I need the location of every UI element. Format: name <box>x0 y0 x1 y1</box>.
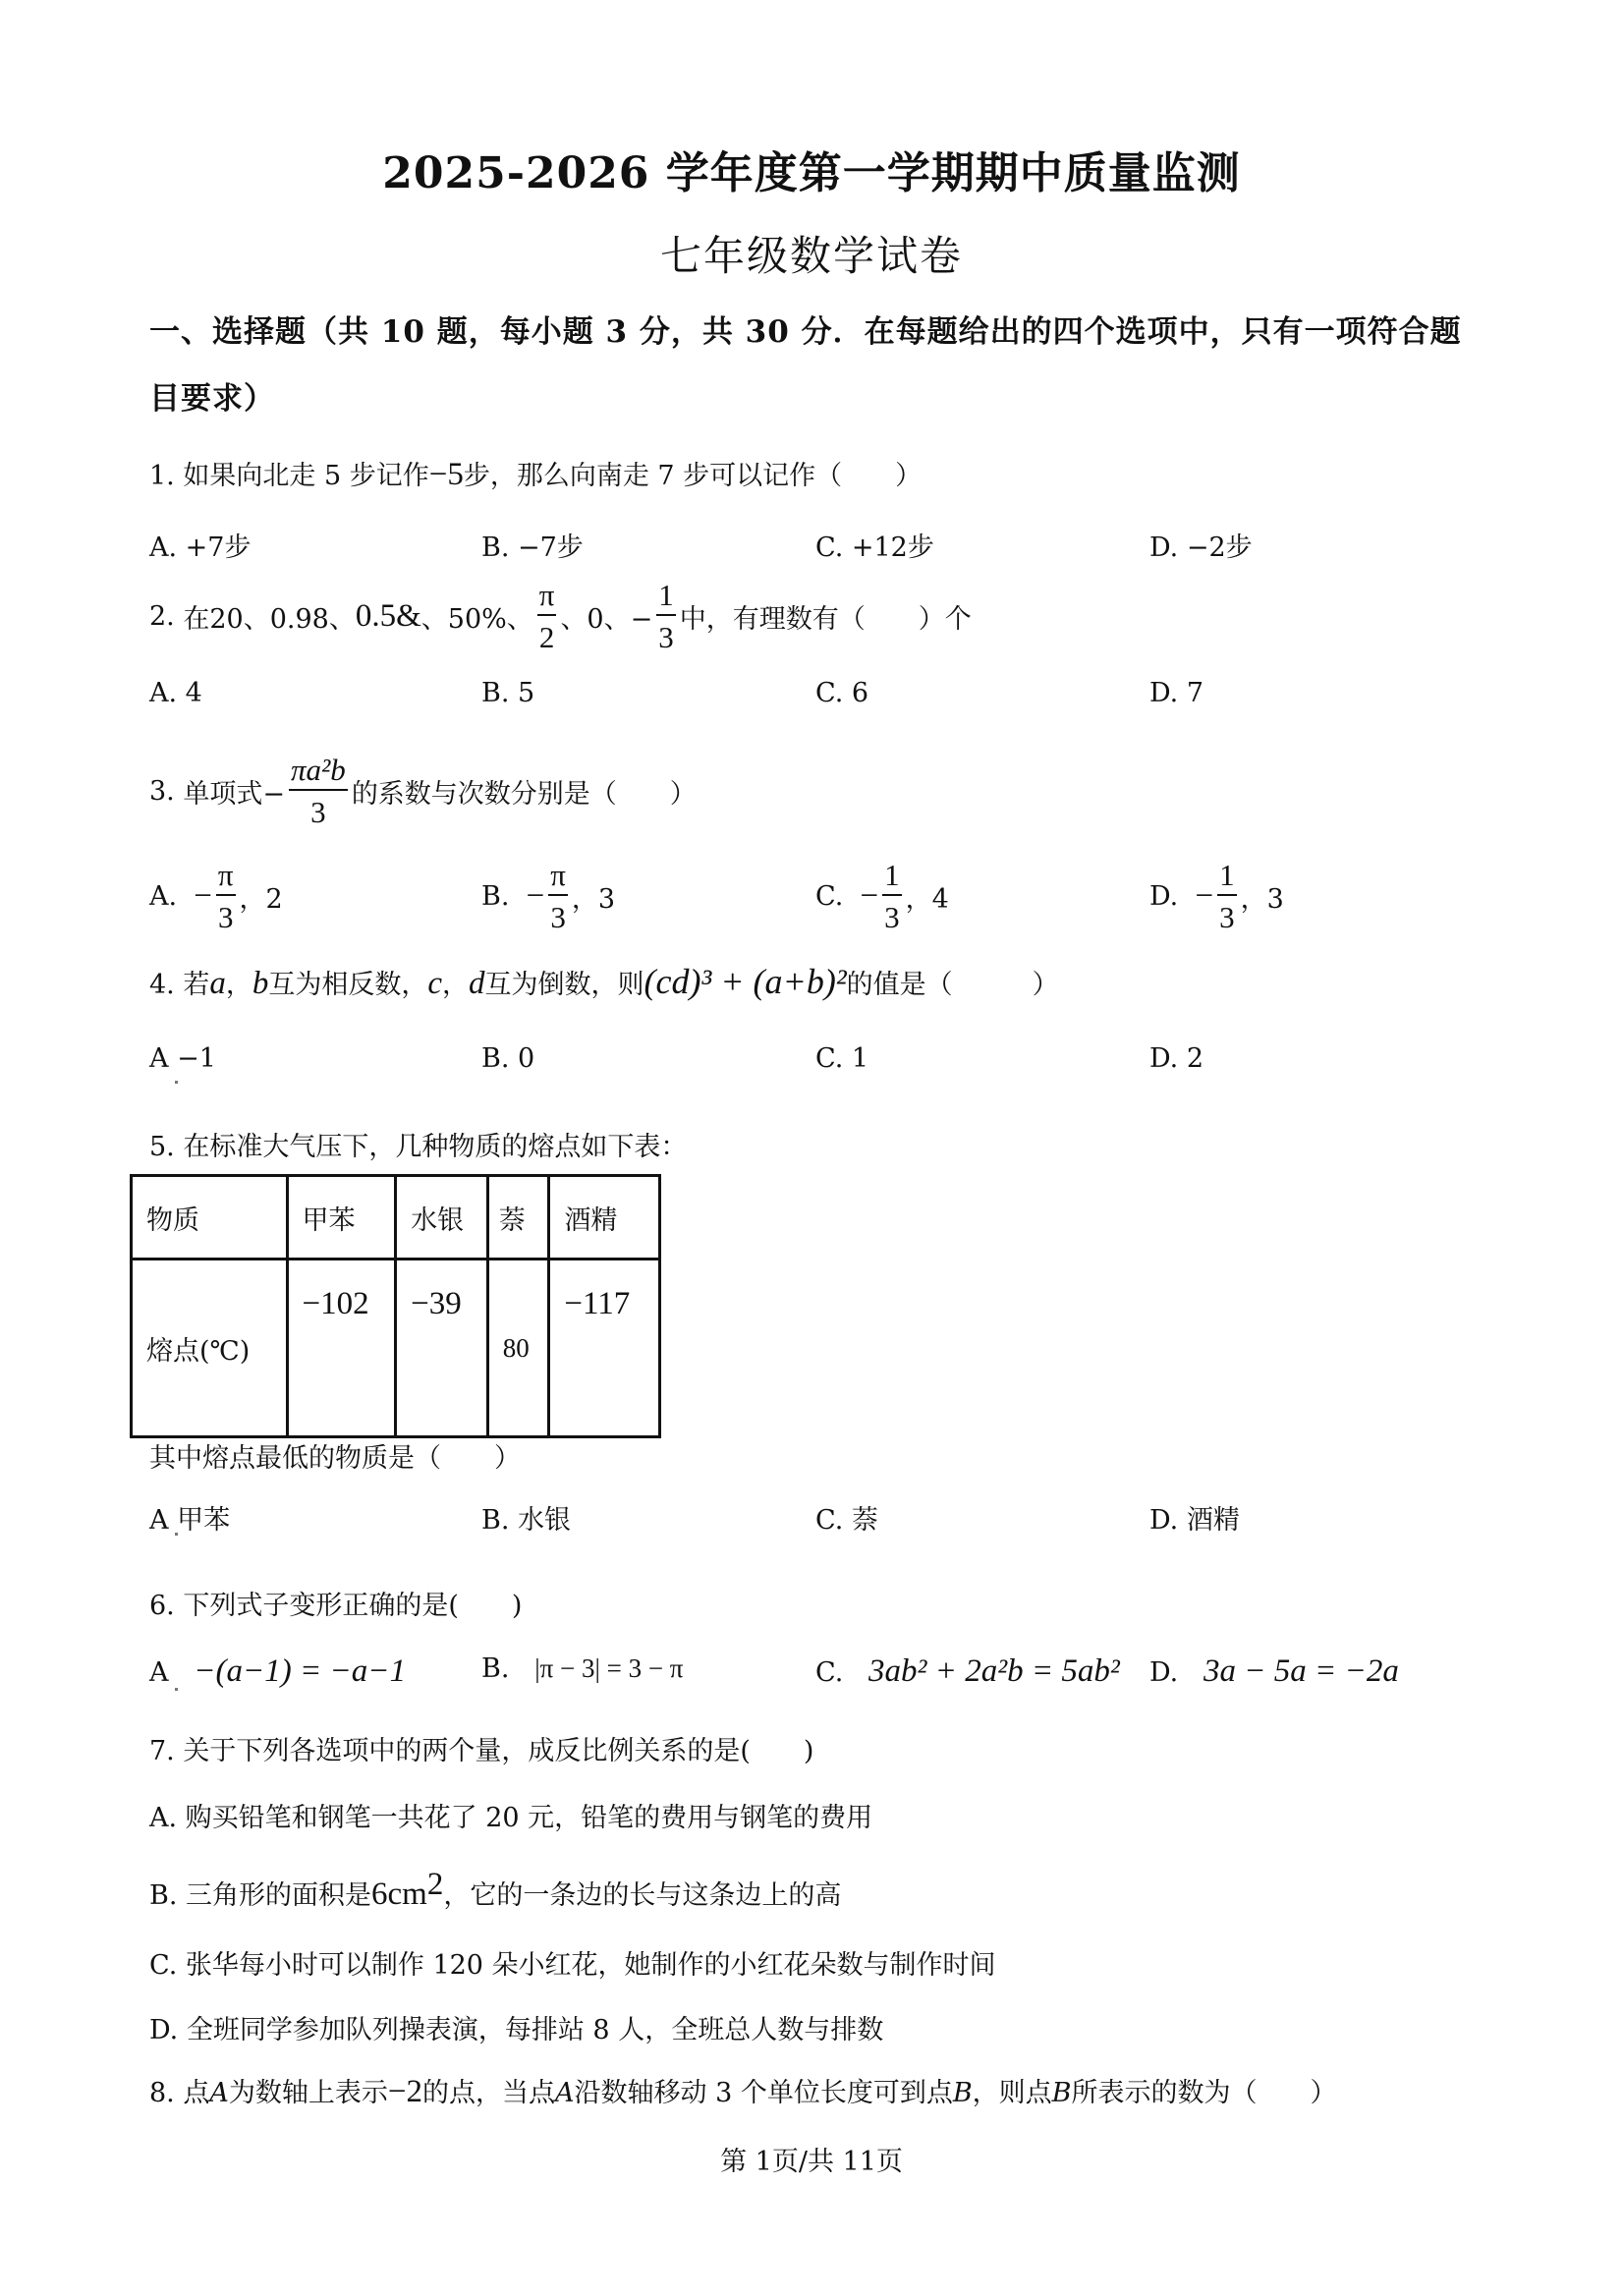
numerator: 1 <box>1217 860 1237 896</box>
denominator: 3 <box>310 791 326 827</box>
option-rest: ，3 <box>1241 877 1284 916</box>
question-text: 步，那么向南走 7 步可以记作（ ） <box>464 461 922 491</box>
question-text: 、50%、 <box>421 597 533 636</box>
question-text: 点 <box>183 2078 209 2108</box>
variable-b: b <box>252 966 269 1001</box>
stray-dot <box>175 1533 178 1536</box>
question-text: 、0、− <box>560 597 652 636</box>
exam-title: 2025-2026 学年度第一学期期中质量监测 <box>0 138 1623 200</box>
question-text: 互为相反数， <box>268 970 427 1000</box>
numerator: π <box>548 860 568 896</box>
question-4: 4. 若a，b互为相反数，c，d互为倒数，则(cd)³ + (a+b)²的值是（… <box>149 961 1059 1002</box>
q3-option-d: D. − 13 ，3 <box>1149 860 1284 932</box>
exam-page: 2025-2026 学年度第一学期期中质量监测 七年级数学试卷 一、选择题（共 … <box>0 0 1623 2296</box>
option-label: B. <box>481 1653 509 1684</box>
denominator: 3 <box>550 896 566 932</box>
table-cell: 甲苯 <box>287 1176 396 1260</box>
q6-option-d: D. 3a − 5a = −2a <box>1149 1653 1399 1690</box>
q2-option-a: A. 4 <box>149 678 202 708</box>
fraction-pi-over-2: π 2 <box>537 580 557 652</box>
option-label: D. <box>1149 881 1178 912</box>
stray-dot <box>175 1688 178 1691</box>
sign: − <box>527 878 545 915</box>
question-text: 关于下列各选项中的两个量，成反比例关系的是( ) <box>183 1736 813 1766</box>
q7-option-d: D. 全班同学参加队列操表演，每排站 8 人，全班总人数与排数 <box>149 2008 883 2046</box>
q5-followup: 其中熔点最低的物质是（ ） <box>149 1436 521 1475</box>
question-text: 沿数轴移动 3 个单位长度可到点 <box>574 2078 952 2108</box>
question-6: 6. 下列式子变形正确的是( ) <box>149 1584 522 1622</box>
denominator: 2 <box>539 616 555 652</box>
q5-option-b: B. 水银 <box>481 1498 571 1537</box>
question-text: 互为倒数，则 <box>485 970 644 1000</box>
math-value: −2 <box>388 2074 422 2109</box>
table-cell: −117 <box>549 1260 660 1437</box>
option-rest: ，2 <box>240 877 283 916</box>
question-number: 1. <box>149 461 175 491</box>
table-cell: −102 <box>287 1260 396 1437</box>
variable-A: A <box>555 2078 575 2108</box>
q2-option-c: C. 6 <box>815 678 868 708</box>
table-cell: −39 <box>396 1260 488 1437</box>
question-3: 3. 单项式− πa²b 3 的系数与次数分别是（ ） <box>149 755 697 827</box>
page-footer: 第 1页/共 11页 <box>0 2140 1623 2178</box>
question-number: 7. <box>149 1736 175 1766</box>
table-cell: 水银 <box>396 1176 488 1260</box>
denominator: 3 <box>1219 896 1235 932</box>
question-text: 所表示的数为（ ） <box>1072 2078 1337 2108</box>
question-text: ， <box>226 970 252 1000</box>
question-number: 2. <box>149 601 175 632</box>
option-label: A. <box>149 881 177 912</box>
variable-a: a <box>209 966 226 1001</box>
option-label: D. <box>1149 1657 1178 1688</box>
denominator: 3 <box>884 896 900 932</box>
question-text: 中，有理数有（ ）个 <box>680 597 972 636</box>
question-8: 8. 点A为数轴上表示−2的点，当点A沿数轴移动 3 个单位长度可到点B，则点B… <box>149 2071 1337 2110</box>
fraction: 13 <box>882 860 902 932</box>
q5-option-d: D. 酒精 <box>1149 1498 1240 1537</box>
question-text: 下列式子变形正确的是( ) <box>183 1591 522 1621</box>
variable-B: B <box>1052 2078 1072 2108</box>
variable-A: A <box>209 2078 229 2108</box>
superscript: 2 <box>427 1867 444 1902</box>
q4-option-b: B. 0 <box>481 1043 534 1074</box>
q4-option-a: A −1 <box>149 1043 216 1074</box>
question-text: ，则点 <box>973 2078 1052 2108</box>
table-cell: 80 <box>487 1260 549 1437</box>
q7-option-b: B. 三角形的面积是6cm2，它的一条边的长与这条边上的高 <box>149 1867 841 1913</box>
q6-option-b: B. |π − 3| = 3 − π <box>481 1653 683 1684</box>
question-number: 6. <box>149 1591 175 1621</box>
question-number: 3. <box>149 776 175 807</box>
variable-c: c <box>427 966 442 1001</box>
q2-option-d: D. 7 <box>1149 678 1203 708</box>
table-row: 熔点(℃) −102 −39 80 −117 <box>132 1260 660 1437</box>
q1-option-c: C. +12步 <box>815 526 934 564</box>
sign: − <box>860 878 878 915</box>
q4-option-d: D. 2 <box>1149 1043 1203 1074</box>
numerator: πa²b <box>289 755 348 791</box>
table-cell: 萘 <box>487 1176 549 1260</box>
math-value: −5 <box>429 457 464 492</box>
question-text: 的点，当点 <box>422 2078 555 2108</box>
math-expression: 3ab² + 2a²b = 5ab² <box>868 1653 1120 1689</box>
q6-option-a: A −(a−1) = −a−1 <box>149 1653 406 1690</box>
question-1: 1. 如果向北走 5 步记作−5步，那么向南走 7 步可以记作（ ） <box>149 454 922 493</box>
math-expression: −(a−1) = −a−1 <box>194 1653 406 1689</box>
denominator: 3 <box>658 616 674 652</box>
question-text: 在标准大气压下，几种物质的熔点如下表： <box>183 1132 687 1162</box>
table-cell: 熔点(℃) <box>132 1260 288 1437</box>
q2-option-b: B. 5 <box>481 678 534 708</box>
sign: − <box>1195 878 1213 915</box>
numerator: π <box>537 580 557 616</box>
denominator: 3 <box>218 896 234 932</box>
option-label: C. <box>815 881 843 912</box>
question-number: 8. <box>149 2078 175 2108</box>
question-text: 单项式− <box>183 772 285 811</box>
option-label: A <box>149 1657 169 1688</box>
question-text: 若 <box>183 970 209 1000</box>
option-text: B. 三角形的面积是 <box>149 1880 371 1911</box>
q5-option-a: A 甲苯 <box>149 1498 230 1537</box>
q1-option-a: A. +7步 <box>149 526 251 564</box>
q3-option-b: B. − π3 ，3 <box>481 860 615 932</box>
q7-option-a: A. 购买铅笔和钢笔一共花了 20 元，铅笔的费用与钢笔的费用 <box>149 1796 872 1834</box>
question-2: 2. 在20、0.98、 0.5& 、50%、 π 2 、0、− 1 3 中，有… <box>149 580 972 652</box>
question-5: 5. 在标准大气压下，几种物质的熔点如下表： <box>149 1125 687 1163</box>
math-value: 6cm <box>371 1876 427 1912</box>
option-label: C. <box>815 1657 843 1688</box>
question-7: 7. 关于下列各选项中的两个量，成反比例关系的是( ) <box>149 1729 813 1767</box>
option-rest: ，3 <box>572 877 615 916</box>
numerator: 1 <box>656 580 676 616</box>
option-text: ，它的一条边的长与这条边上的高 <box>443 1880 841 1911</box>
numerator: π <box>216 860 236 896</box>
fraction-1-over-3: 1 3 <box>656 580 676 652</box>
fraction-monomial: πa²b 3 <box>289 755 348 827</box>
table-header-row: 物质 甲苯 水银 萘 酒精 <box>132 1176 660 1260</box>
section-heading-line1: 一、选择题（共 10 题，每小题 3 分，共 30 分．在每题给出的四个选项中，… <box>149 307 1462 351</box>
numerator: 1 <box>882 860 902 896</box>
section-heading-line2: 目要求） <box>149 373 275 418</box>
fraction: 13 <box>1217 860 1237 932</box>
q7-option-c: C. 张华每小时可以制作 120 朵小红花，她制作的小红花朵数与制作时间 <box>149 1943 996 1982</box>
question-text: 为数轴上表示 <box>229 2078 388 2108</box>
q3-option-a: A. − π3 ，2 <box>149 860 283 932</box>
math-expression: 3a − 5a = −2a <box>1203 1653 1399 1689</box>
repeating-decimal: 0.5& <box>356 598 421 635</box>
question-text: ， <box>442 970 469 1000</box>
question-text: 如果向北走 5 步记作 <box>183 461 428 491</box>
q3-option-c: C. − 13 ，4 <box>815 860 949 932</box>
exam-subtitle: 七年级数学试卷 <box>0 224 1623 283</box>
option-rest: ，4 <box>906 877 949 916</box>
math-expression: (cd)³ + (a+b)² <box>644 962 847 1001</box>
question-text: 的值是（ ） <box>847 970 1059 1000</box>
melting-point-table: 物质 甲苯 水银 萘 酒精 熔点(℃) −102 −39 80 −117 <box>130 1174 661 1438</box>
q4-option-c: C. 1 <box>815 1043 868 1074</box>
sign: − <box>194 878 212 915</box>
fraction: π3 <box>216 860 236 932</box>
question-number: 4. <box>149 970 175 1000</box>
variable-B: B <box>953 2078 973 2108</box>
q5-option-c: C. 萘 <box>815 1498 878 1537</box>
table-cell: 酒精 <box>549 1176 660 1260</box>
question-number: 5. <box>149 1132 175 1162</box>
math-expression: |π − 3| = 3 − π <box>534 1653 683 1683</box>
q6-option-c: C. 3ab² + 2a²b = 5ab² <box>815 1653 1120 1690</box>
table-cell: 物质 <box>132 1176 288 1260</box>
variable-d: d <box>469 966 485 1001</box>
question-text: 在20、0.98、 <box>183 597 355 636</box>
stray-dot <box>175 1081 178 1084</box>
question-text: 的系数与次数分别是（ ） <box>352 772 697 811</box>
option-label: B. <box>481 881 509 912</box>
q1-option-d: D. −2步 <box>1149 526 1253 564</box>
fraction: π3 <box>548 860 568 932</box>
q1-option-b: B. −7步 <box>481 526 584 564</box>
